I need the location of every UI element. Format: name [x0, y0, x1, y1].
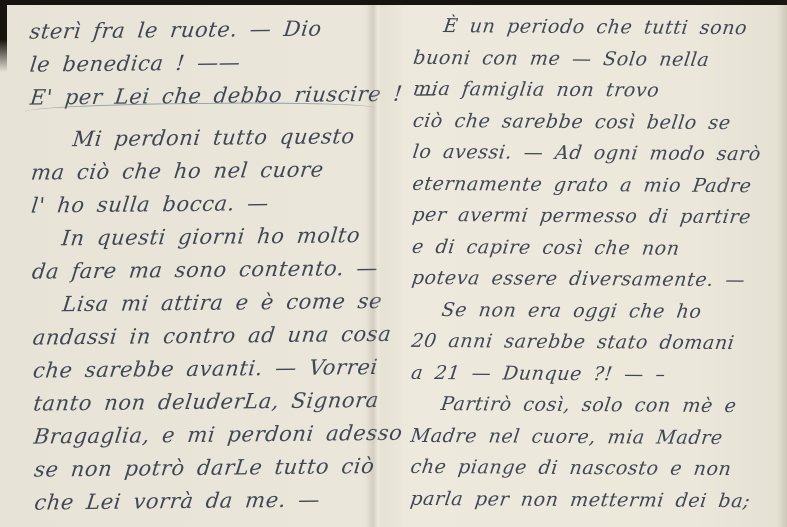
handwritten-line: tanto non deluderLa, Signora	[32, 384, 368, 421]
letter-scan: sterì fra le ruote. — Dio le benedica ! …	[0, 0, 787, 527]
handwritten-line: che Lei vorrà da me. —	[33, 483, 369, 520]
handwritten-line: Mi perdoni tutto questo	[29, 120, 365, 157]
handwritten-line: In questi giorni ho molto	[30, 219, 366, 256]
scan-edge-right	[777, 0, 787, 527]
handwritten-line: andassi in contro ad una cosa	[31, 318, 367, 355]
handwritten-line: buoni con me — Solo nella	[411, 42, 773, 76]
scan-edge-top	[0, 0, 787, 5]
scan-edge-left	[0, 0, 7, 72]
handwritten-line: sterì fra le ruote. — Dio	[28, 12, 364, 49]
handwritten-line: 20 anni sarebbe stato domani	[409, 326, 771, 360]
handwritten-line: le benedica ! ——	[28, 45, 364, 82]
handwritten-line: che sarebbe avanti. — Vorrei	[31, 351, 367, 388]
handwritten-line: parla per non mettermi dei ba;	[408, 483, 770, 517]
handwritten-line: Partirò così, solo con mè e	[409, 389, 771, 423]
handwritten-line: eternamente grato a mio Padre	[410, 168, 772, 202]
handwritten-line: da fare ma sono contento. —	[30, 252, 366, 289]
handwritten-line: l' ho sulla bocca. —	[30, 186, 366, 223]
handwritten-line: se non potrò darLe tutto ciò	[32, 450, 368, 487]
handwritten-line: per avermi permesso di partire	[410, 200, 772, 234]
handwritten-line: Bragaglia, e mi perdoni adesso	[32, 417, 368, 454]
handwritten-line: È un periodo che tutti sono	[412, 11, 774, 45]
handwritten-line: Madre nel cuore, mia Madre	[409, 420, 771, 454]
handwritten-line-underlined: E' per Lei che debbo riuscire ! —	[28, 78, 364, 115]
handwritten-line: poteva essere diversamente. —	[410, 263, 772, 297]
handwritten-line: che piange di nascosto e non	[408, 452, 770, 486]
handwritten-line: Se non era oggi che ho	[410, 294, 772, 328]
handwritten-line: e di capire così che non	[410, 231, 772, 265]
page-fold-shadow	[366, 0, 382, 527]
handwritten-line: Lisa mi attira e è come se	[31, 285, 367, 322]
handwritten-line: ma ciò che ho nel cuore	[29, 153, 365, 190]
handwritten-line: mia famiglia non trovo	[411, 74, 773, 108]
letter-page-right: È un periodo che tutti sono buoni con me…	[376, 0, 780, 527]
handwritten-line: ciò che sarebbe così bello se	[411, 105, 773, 139]
letter-page-left: sterì fra le ruote. — Dio le benedica ! …	[0, 0, 371, 527]
handwritten-line: a 21 — Dunque ?! — –	[409, 357, 771, 391]
handwritten-line: lo avessi. — Ad ogni modo sarò	[411, 137, 773, 171]
